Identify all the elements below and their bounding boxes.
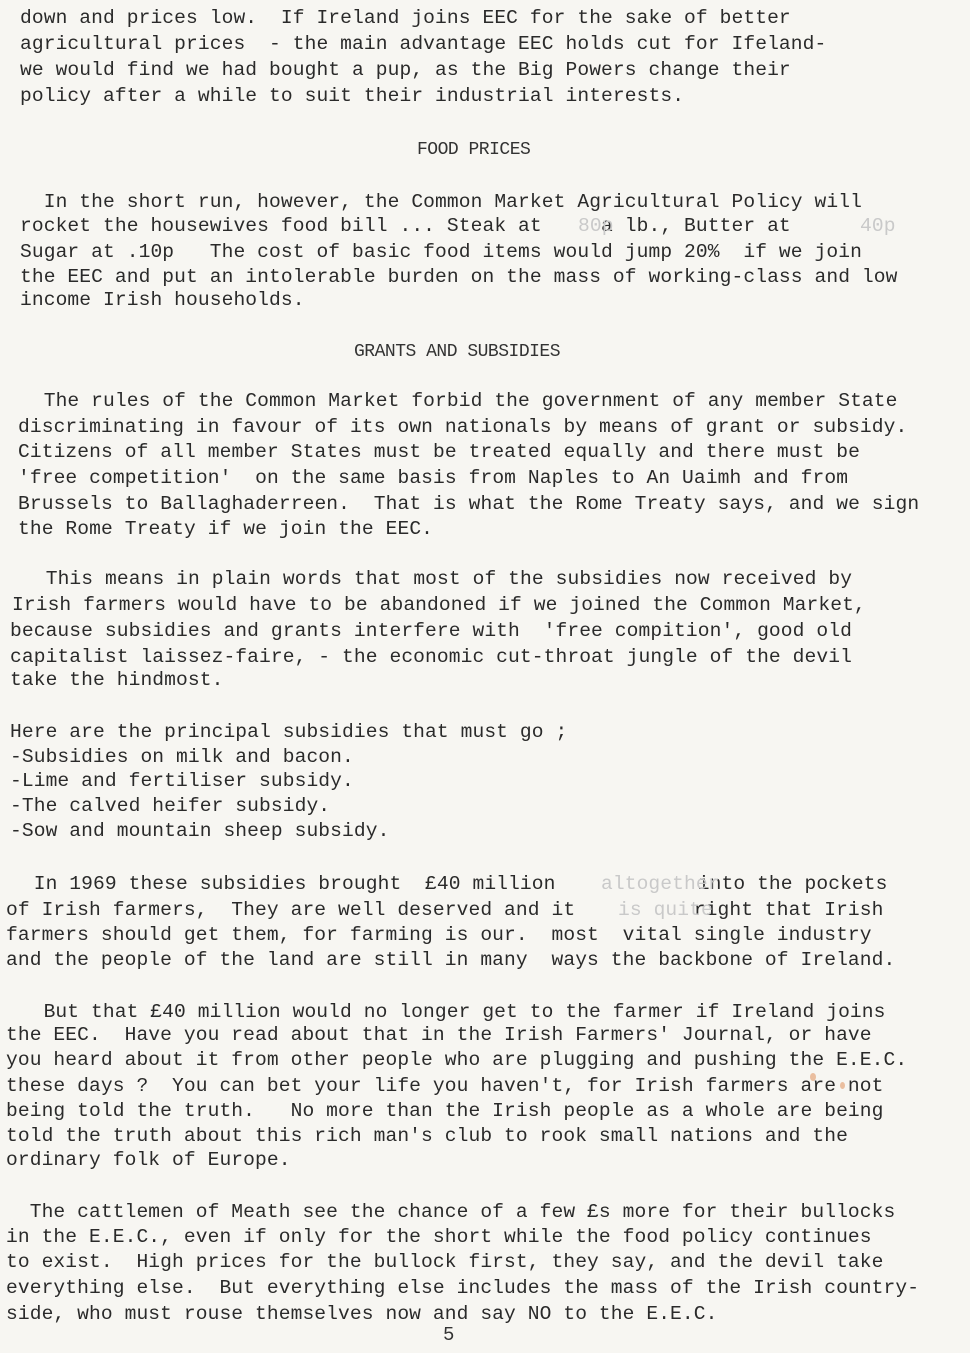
text-line: Sugar at .10p The cost of basic food ite…: [20, 240, 862, 264]
text-line: because subsidies and grants interfere w…: [10, 619, 852, 643]
document-page: down and prices low. If Ireland joins EE…: [0, 0, 970, 1353]
text-line: Brussels to Ballaghaderreen. That is wha…: [18, 492, 919, 516]
text-line: the EEC and put an intolerable burden on…: [20, 265, 898, 289]
text-line: Irish farmers would have to be abandoned…: [12, 593, 866, 617]
text-line: we would find we had bought a pup, as th…: [20, 58, 791, 82]
section-heading-food-prices: FOOD PRICES: [417, 139, 530, 161]
text-line: farmers should get them, for farming is …: [6, 923, 872, 947]
text-line: the EEC. Have you read about that in the…: [6, 1023, 872, 1047]
faint-butter-price: 40p: [860, 214, 896, 238]
text-line: told the truth about this rich man's clu…: [6, 1124, 848, 1148]
text-line: side, who must rouse themselves now and …: [6, 1302, 718, 1326]
text-line: ordinary folk of Europe.: [6, 1148, 291, 1172]
faint-word: is quite: [618, 898, 713, 922]
text-line: agricultural prices - the main advantage…: [20, 32, 826, 56]
text-line: 'free competition' on the same basis fro…: [18, 466, 848, 490]
text-line: In 1969 these subsidies brought £40 mill…: [10, 872, 888, 896]
text-line: in the E.E.C., even if only for the shor…: [6, 1225, 872, 1249]
paper-stain: [810, 1073, 816, 1081]
text-line: policy after a while to suit their indus…: [20, 84, 684, 108]
text-line: capitalist laissez-faire, - the economic…: [10, 645, 852, 669]
text-line: you heard about it from other people who…: [6, 1048, 907, 1072]
text-line: income Irish households.: [20, 288, 305, 312]
text-line: being told the truth. No more than the I…: [6, 1099, 884, 1123]
text-line: take the hindmost.: [10, 668, 223, 692]
list-item: -Subsidies on milk and bacon.: [10, 745, 354, 769]
list-intro: Here are the principal subsidies that mu…: [10, 720, 567, 744]
text-line: the Rome Treaty if we join the EEC.: [18, 517, 433, 541]
list-item: -Sow and mountain sheep subsidy.: [10, 819, 389, 843]
text-line: of Irish farmers, They are well deserved…: [6, 898, 884, 922]
section-heading-grants-subsidies: GRANTS AND SUBSIDIES: [354, 341, 560, 363]
text-line: In the short run, however, the Common Ma…: [20, 190, 862, 214]
text-line: This means in plain words that most of t…: [22, 567, 852, 591]
page-number: 5: [443, 1324, 454, 1346]
faint-steak-price: 80p: [578, 214, 614, 238]
text-line: and the people of the land are still in …: [6, 948, 895, 972]
text-line: Citizens of all member States must be tr…: [18, 440, 860, 464]
paper-stain: [840, 1082, 845, 1089]
list-item: -Lime and fertiliser subsidy.: [10, 769, 354, 793]
faint-word: altogether: [601, 872, 720, 896]
text-line: But that £40 million would no longer get…: [8, 1000, 886, 1024]
text-line: these days ? You can bet your life you h…: [6, 1074, 884, 1098]
text-line: everything else. But everything else inc…: [6, 1276, 919, 1300]
list-item: -The calved heifer subsidy.: [10, 794, 330, 818]
text-line: The cattlemen of Meath see the chance of…: [6, 1200, 895, 1224]
text-line: rocket the housewives food bill ... Stea…: [20, 214, 791, 238]
text-line: to exist. High prices for the bullock fi…: [6, 1250, 884, 1274]
text-line: discriminating in favour of its own nati…: [18, 415, 907, 439]
text-line: The rules of the Common Market forbid th…: [20, 389, 898, 413]
text-line: down and prices low. If Ireland joins EE…: [20, 6, 791, 30]
